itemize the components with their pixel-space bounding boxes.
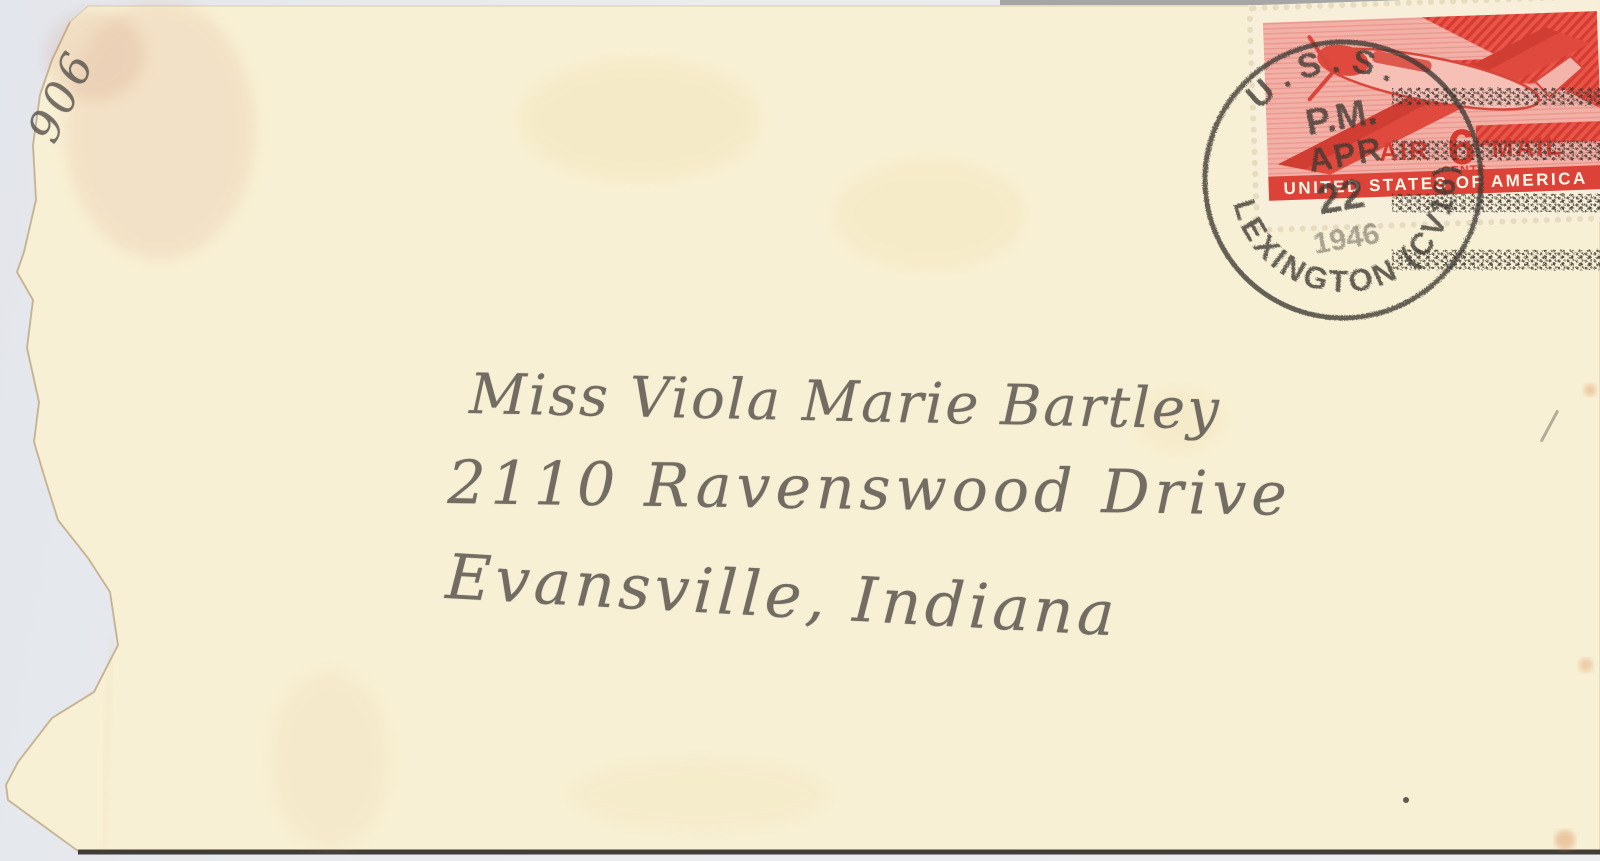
postmark-day: 22 <box>1314 169 1368 223</box>
scanned-envelope-photo: 906 Miss Viola Marie Bartley 2110 Ravens… <box>0 0 1600 861</box>
cancellation: U.S.S. LEXINGTON (CV16) P.M. APR 22 1946 <box>0 0 1600 861</box>
postmark: U.S.S. LEXINGTON (CV16) P.M. APR 22 1946 <box>1183 19 1503 340</box>
cancellation-bar <box>1392 140 1600 160</box>
cancellation-bar <box>1392 88 1600 106</box>
